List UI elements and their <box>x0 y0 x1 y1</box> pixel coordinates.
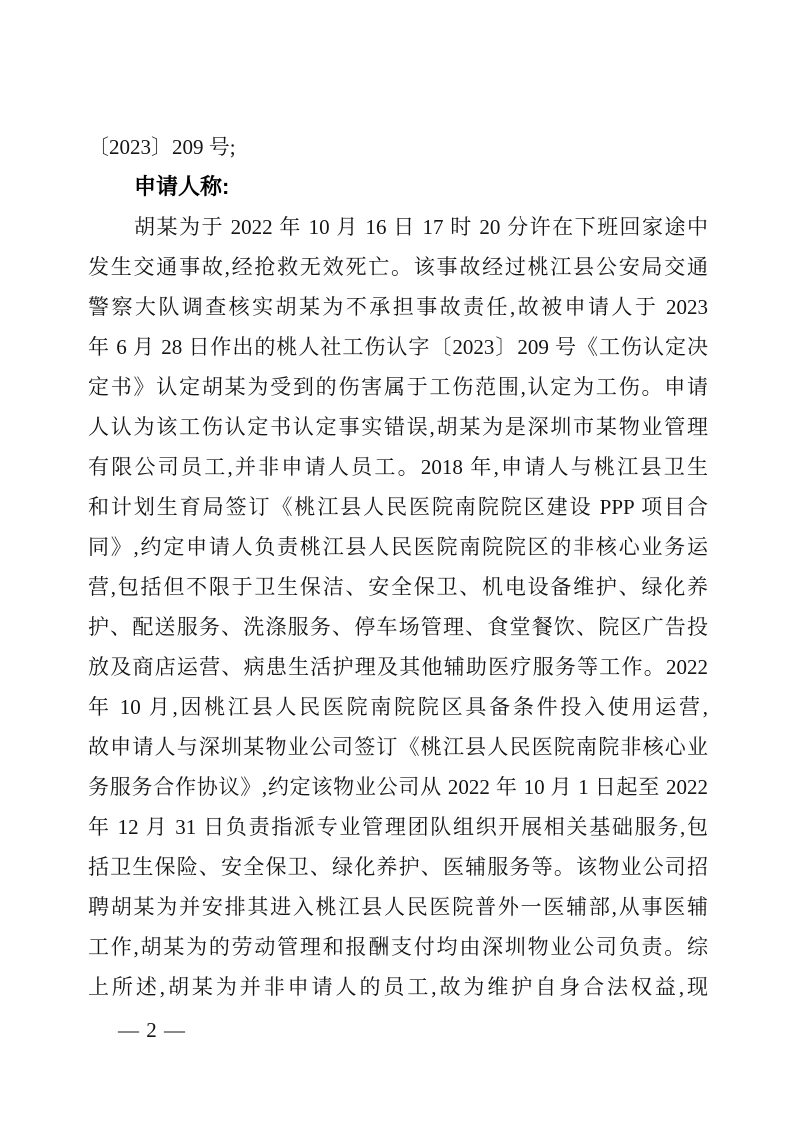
applicant-statement-heading: 申请人称: <box>88 167 708 207</box>
body-line: 有限公司员工,并非申请人员工。2018 年,申请人与桃江县卫生 <box>88 447 708 487</box>
body-line: 故申请人与深圳某物业公司签订《桃江县人民医院南院非核心业 <box>88 727 708 767</box>
page-number: — 2 — <box>118 1010 186 1050</box>
body-line: 警察大队调查核实胡某为不承担事故责任,故被申请人于 2023 <box>88 287 708 327</box>
body-line: 营,包括但不限于卫生保洁、安全保卫、机电设备维护、绿化养 <box>88 567 708 607</box>
body-line: 人认为该工伤认定书认定事实错误,胡某为是深圳市某物业管理 <box>88 407 708 447</box>
body-line: 定书》认定胡某为受到的伤害属于工伤范围,认定为工伤。申请 <box>88 367 708 407</box>
body-line: 护、配送服务、洗涤服务、停车场管理、食堂餐饮、院区广告投 <box>88 607 708 647</box>
document-page: 〔2023〕209 号; 申请人称: 胡某为于 2022 年 10 月 16 日… <box>0 0 793 1122</box>
body-line: 上所述,胡某为并非申请人的员工,故为维护自身合法权益,现 <box>88 967 708 1007</box>
body-line: 同》,约定申请人负责桃江县人民医院南院院区的非核心业务运 <box>88 527 708 567</box>
body-line: 括卫生保险、安全保卫、绿化养护、医辅服务等。该物业公司招 <box>88 847 708 887</box>
body-line: 务服务合作协议》,约定该物业公司从 2022 年 10 月 1 日起至 2022 <box>88 767 708 807</box>
body-line: 年 12 月 31 日负责指派专业管理团队组织开展相关基础服务,包 <box>88 807 708 847</box>
body-line: 放及商店运营、病患生活护理及其他辅助医疗服务等工作。2022 <box>88 647 708 687</box>
document-body: 〔2023〕209 号; 申请人称: 胡某为于 2022 年 10 月 16 日… <box>88 127 708 1007</box>
body-line: 年 6 月 28 日作出的桃人社工伤认字〔2023〕209 号《工伤认定决 <box>88 327 708 367</box>
body-line: 聘胡某为并安排其进入桃江县人民医院普外一医辅部,从事医辅 <box>88 887 708 927</box>
body-line: 年 10 月,因桃江县人民医院南院院区具备条件投入使用运营, <box>88 687 708 727</box>
body-line: 和计划生育局签订《桃江县人民医院南院院区建设 PPP 项目合 <box>88 487 708 527</box>
case-number-line: 〔2023〕209 号; <box>88 127 708 167</box>
body-line: 工作,胡某为的劳动管理和报酬支付均由深圳物业公司负责。综 <box>88 927 708 967</box>
body-line: 胡某为于 2022 年 10 月 16 日 17 时 20 分许在下班回家途中 <box>88 207 708 247</box>
body-line: 发生交通事故,经抢救无效死亡。该事故经过桃江县公安局交通 <box>88 247 708 287</box>
